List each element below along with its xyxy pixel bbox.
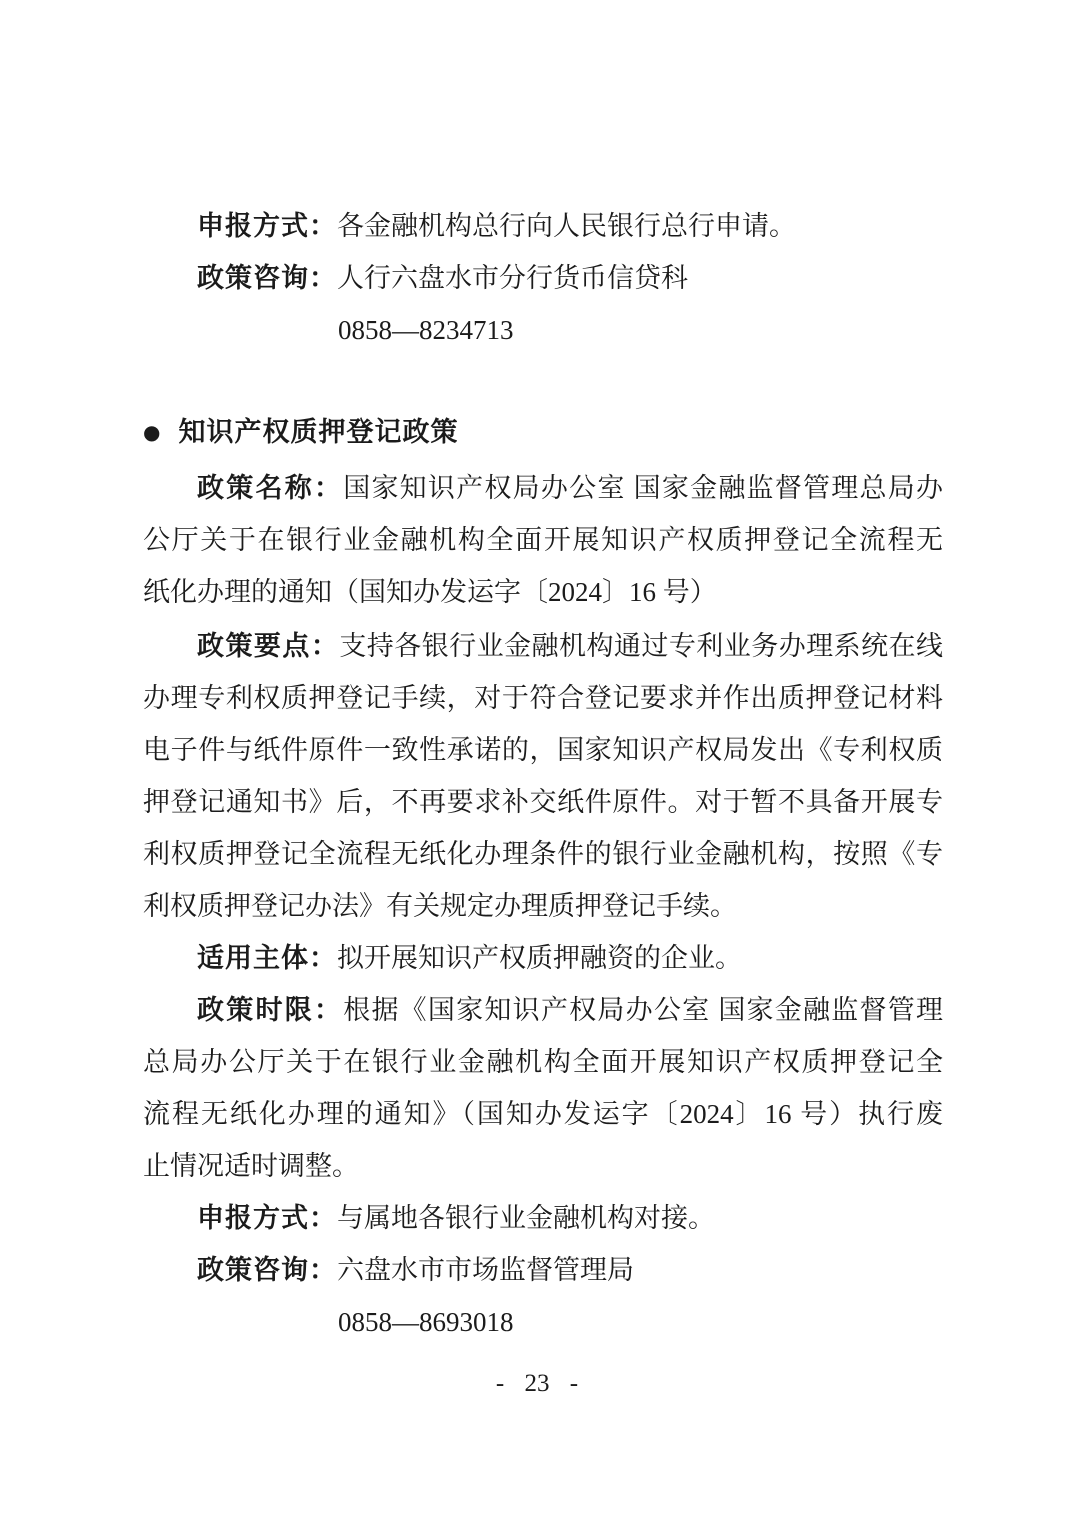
- policy-name-line-3: 纸化办理的通知（国知办发运字〔2024〕16 号）: [143, 566, 943, 618]
- page-number: - 23 -: [0, 1370, 1074, 1398]
- policy-subject-label: 适用主体：: [197, 943, 337, 973]
- policy-consult-text: 六盘水市市场监督管理局: [337, 1255, 634, 1285]
- prev-apply-method-line: 申报方式：各金融机构总行向人民银行总行申请。: [143, 200, 943, 252]
- policy-apply-method-line: 申报方式：与属地各银行业金融机构对接。: [143, 1192, 943, 1244]
- policy-time-line-4: 止情况适时调整。: [143, 1140, 943, 1192]
- prev-consult-line: 政策咨询：人行六盘水市分行货币信贷科: [143, 252, 943, 304]
- policy-name-label: 政策名称：: [197, 473, 343, 503]
- policy-points-line-2: 办理专利权质押登记手续，对于符合登记要求并作出质押登记材料: [143, 672, 943, 724]
- policy-points-line-1: 政策要点：支持各银行业金融机构通过专利业务办理系统在线: [143, 620, 943, 672]
- policy-time-text-1: 根据《国家知识产权局办公室 国家金融监督管理: [343, 995, 943, 1025]
- policy-section-heading: ●知识产权质押登记政策: [143, 406, 943, 458]
- bullet-icon: ●: [143, 406, 161, 458]
- policy-apply-method-text: 与属地各银行业金融机构对接。: [337, 1203, 715, 1233]
- policy-points-label: 政策要点：: [197, 631, 339, 661]
- policy-subject-line: 适用主体：拟开展知识产权质押融资的企业。: [143, 932, 943, 984]
- consult-label: 政策咨询：: [197, 263, 337, 293]
- policy-points-text-1: 支持各银行业金融机构通过专利业务办理系统在线: [339, 631, 943, 661]
- apply-method-text: 各金融机构总行向人民银行总行申请。: [337, 211, 796, 241]
- policy-time-line-2: 总局办公厅关于在银行业金融机构全面开展知识产权质押登记全: [143, 1036, 943, 1088]
- policy-points-line-5: 利权质押登记全流程无纸化办理条件的银行业金融机构，按照《专: [143, 828, 943, 880]
- policy-points-paragraph: 政策要点：支持各银行业金融机构通过专利业务办理系统在线 办理专利权质押登记手续，…: [143, 620, 943, 932]
- policy-phone-number: 0858—8693018: [143, 1296, 943, 1348]
- policy-consult-label: 政策咨询：: [197, 1255, 337, 1285]
- policy-name-paragraph: 政策名称：国家知识产权局办公室 国家金融监督管理总局办 公厅关于在银行业金融机构…: [143, 462, 943, 618]
- consult-text: 人行六盘水市分行货币信贷科: [337, 263, 688, 293]
- policy-points-line-4: 押登记通知书》后，不再要求补交纸件原件。对于暂不具备开展专: [143, 776, 943, 828]
- policy-subject-text: 拟开展知识产权质押融资的企业。: [337, 943, 742, 973]
- document-page: 申报方式：各金融机构总行向人民银行总行申请。 政策咨询：人行六盘水市分行货币信贷…: [0, 0, 1074, 1520]
- policy-time-line-3: 流程无纸化办理的通知》（国知办发运字〔2024〕16 号）执行废: [143, 1088, 943, 1140]
- policy-name-text-1: 国家知识产权局办公室 国家金融监督管理总局办: [343, 473, 943, 503]
- policy-time-label: 政策时限：: [197, 995, 343, 1025]
- policy-title: 知识产权质押登记政策: [178, 417, 458, 447]
- policy-time-paragraph: 政策时限：根据《国家知识产权局办公室 国家金融监督管理 总局办公厅关于在银行业金…: [143, 984, 943, 1192]
- policy-consult-line: 政策咨询：六盘水市市场监督管理局: [143, 1244, 943, 1296]
- policy-time-line-1: 政策时限：根据《国家知识产权局办公室 国家金融监督管理: [143, 984, 943, 1036]
- apply-method-label: 申报方式：: [197, 211, 337, 241]
- prev-phone-number: 0858—8234713: [143, 304, 943, 356]
- policy-name-line-1: 政策名称：国家知识产权局办公室 国家金融监督管理总局办: [143, 462, 943, 514]
- policy-points-line-6: 利权质押登记办法》有关规定办理质押登记手续。: [143, 880, 943, 932]
- policy-apply-method-label: 申报方式：: [197, 1203, 337, 1233]
- policy-points-line-3: 电子件与纸件原件一致性承诺的，国家知识产权局发出《专利权质: [143, 724, 943, 776]
- document-body: 申报方式：各金融机构总行向人民银行总行申请。 政策咨询：人行六盘水市分行货币信贷…: [143, 200, 943, 1348]
- policy-name-line-2: 公厅关于在银行业金融机构全面开展知识产权质押登记全流程无: [143, 514, 943, 566]
